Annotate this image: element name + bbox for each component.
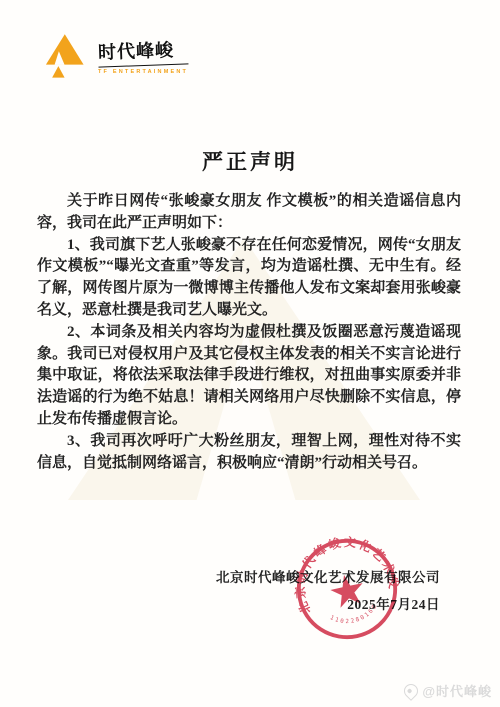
official-seal: 北京时代峰峻文化艺术发展有限公司 1102280160 (284, 526, 410, 652)
paragraph-intro: 关于昨日网传“张峻豪女朋友 作文模板”的相关造谣信息内容，我司在此严正声明如下： (37, 191, 461, 235)
paragraph-item-1: 1、我司旗下艺人张峻豪不存在任何恋爱情况，网传“女朋友作文模板”“曝光文查重”等… (37, 235, 461, 322)
seal-serial-number: 1102280160 (327, 603, 381, 630)
svg-text:北京时代峰峻文化艺术发展有限公司: 北京时代峰峻文化艺术发展有限公司 (284, 526, 404, 618)
brand-name-en: TF ENTERTAINMENT (98, 69, 188, 75)
tf-mountain-logo-icon (44, 30, 90, 82)
paragraph-item-3: 3、我司再次呼吁广大粉丝朋友，理智上网，理性对待不实信息，自觉抵制网络谣言，积极… (37, 431, 461, 475)
company-logo: 时代峰峻 TF ENTERTAINMENT (44, 30, 188, 82)
weibo-eye-icon (401, 681, 421, 701)
statement-body: 关于昨日网传“张峻豪女朋友 作文模板”的相关造谣信息内容，我司在此严正声明如下：… (37, 191, 461, 474)
paragraph-item-2: 2、本词条及相关内容均为虚假杜撰及饭圈恶意污蔑造谣现象。我司已对侵权用户及其它侵… (37, 322, 461, 431)
seal-ring-text: 北京时代峰峻文化艺术发展有限公司 (284, 526, 404, 618)
weibo-watermark: @时代峰峻 (404, 681, 492, 700)
weibo-handle: @时代峰峻 (422, 681, 492, 700)
svg-text:1102280160: 1102280160 (327, 603, 381, 630)
brand-name-cn: 时代峰峻 (98, 35, 189, 67)
logo-text-block: 时代峰峻 TF ENTERTAINMENT (98, 30, 188, 75)
seal-star (328, 571, 367, 609)
statement-title: 严正声明 (0, 146, 500, 176)
statement-document: 时代峰峻 TF ENTERTAINMENT 严正声明 关于昨日网传“张峻豪女朋友… (0, 0, 500, 707)
